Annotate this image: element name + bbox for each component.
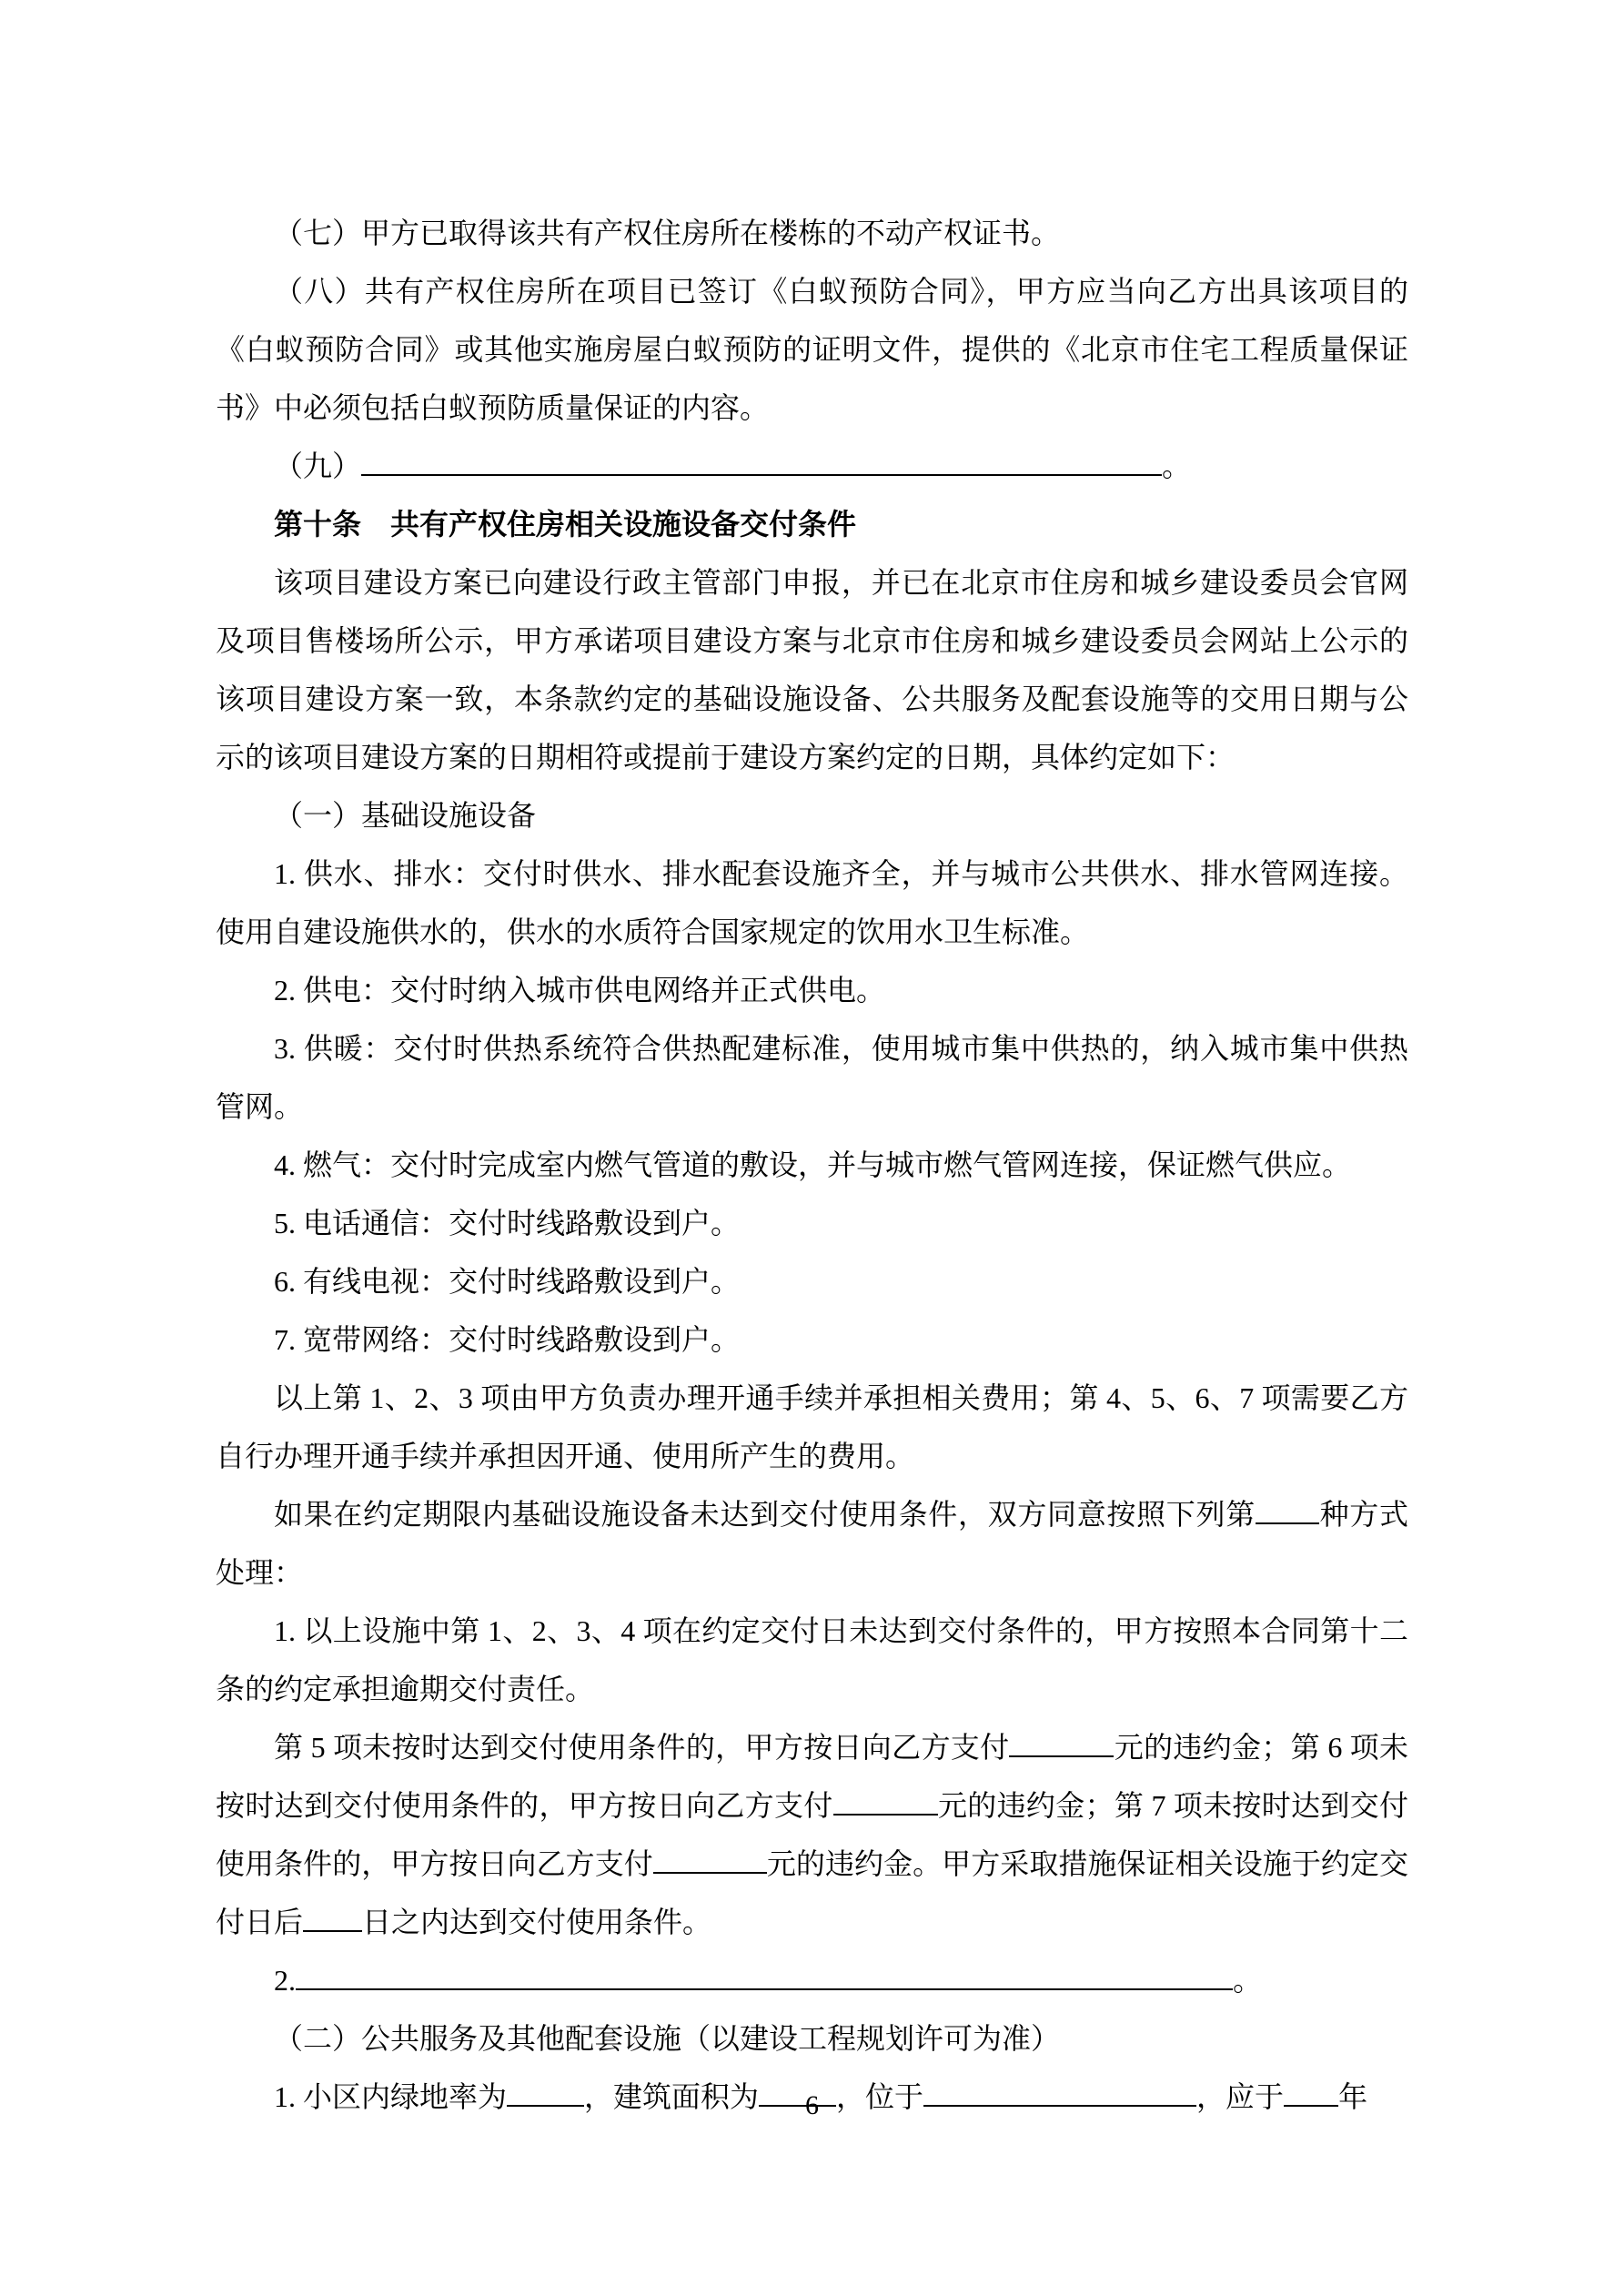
text-run: 。 (1233, 1964, 1262, 1997)
fees-note: 以上第 1、2、3 项由甲方负责办理开通手续并承担相关费用；第 4、5、6、7 … (216, 1369, 1408, 1485)
section-2-title: （二）公共服务及其他配套设施（以建设工程规划许可为准） (216, 2009, 1408, 2068)
infra-item-3: 3. 供暖：交付时供热系统符合供热配建标准，使用城市集中供热的，纳入城市集中供热… (216, 1019, 1408, 1136)
section-1-title: （一）基础设施设备 (216, 786, 1408, 845)
text-run: （二）公共服务及其他配套设施（以建设工程规划许可为准） (274, 2022, 1060, 2055)
article-10-intro: 该项目建设方案已向建设行政主管部门申报，并已在北京市住房和城乡建设委员会官网及项… (216, 553, 1408, 786)
clause-9: （九）。 (216, 437, 1408, 495)
infra-item-1: 1. 供水、排水：交付时供水、排水配套设施齐全，并与城市公共供水、排水管网连接。… (216, 845, 1408, 961)
infra-item-4: 4. 燃气：交付时完成室内燃气管道的敷设，并与城市燃气管网连接，保证燃气供应。 (216, 1136, 1408, 1194)
clause-7: （七）甲方已取得该共有产权住房所在楼栋的不动产权证书。 (216, 204, 1408, 262)
text-run: 第十条 共有产权住房相关设施设备交付条件 (274, 508, 856, 541)
text-run: 6. 有线电视：交付时线路敷设到户。 (274, 1265, 740, 1298)
fill-in-blank (653, 1843, 767, 1874)
fill-in-blank (1256, 1493, 1319, 1524)
text-run: 2. 供电：交付时纳入城市供电网络并正式供电。 (274, 974, 885, 1006)
text-run: 2. (274, 1964, 296, 1997)
text-run: 第 5 项未按时达到交付使用条件的，甲方按日向乙方支付 (274, 1731, 1009, 1764)
fill-in-blank (303, 1901, 362, 1932)
text-run: 3. 供暖：交付时供热系统符合供热配建标准，使用城市集中供热的，纳入城市集中供热… (216, 1032, 1408, 1123)
text-run: 1. 以上设施中第 1、2、3、4 项在约定交付日未达到交付条件的，甲方按照本合… (216, 1614, 1408, 1705)
text-run: 1. 供水、排水：交付时供水、排水配套设施齐全，并与城市公共供水、排水管网连接。… (216, 857, 1408, 948)
text-run: 以上第 1、2、3 项由甲方负责办理开通手续并承担相关费用；第 4、5、6、7 … (216, 1381, 1408, 1472)
text-run: 5. 电话通信：交付时线路敷设到户。 (274, 1207, 740, 1239)
remedy-option-2: 2.。 (216, 1951, 1408, 2009)
infra-item-5: 5. 电话通信：交付时线路敷设到户。 (216, 1194, 1408, 1252)
article-10-heading: 第十条 共有产权住房相关设施设备交付条件 (216, 495, 1408, 553)
text-run: 日之内达到交付使用条件。 (362, 1906, 711, 1938)
text-run: 7. 宽带网络：交付时线路敷设到户。 (274, 1323, 740, 1356)
text-run: （八）共有产权住房所在项目已签订《白蚁预防合同》，甲方应当向乙方出具该项目的《白… (216, 275, 1408, 424)
clause-8: （八）共有产权住房所在项目已签订《白蚁预防合同》，甲方应当向乙方出具该项目的《白… (216, 262, 1408, 437)
text-run: （七）甲方已取得该共有产权住房所在楼栋的不动产权证书。 (274, 217, 1060, 249)
text-run: 。 (1162, 450, 1191, 482)
text-run: 该项目建设方案已向建设行政主管部门申报，并已在北京市住房和城乡建设委员会官网及项… (216, 566, 1408, 774)
text-run: （一）基础设施设备 (274, 799, 536, 832)
fill-in-blank (361, 445, 1162, 476)
infra-item-7: 7. 宽带网络：交付时线路敷设到户。 (216, 1310, 1408, 1369)
text-run: 4. 燃气：交付时完成室内燃气管道的敷设，并与城市燃气管网连接，保证燃气供应。 (274, 1148, 1351, 1181)
text-run: 如果在约定期限内基础设施设备未达到交付使用条件，双方同意按照下列第 (274, 1498, 1256, 1531)
document-body: （七）甲方已取得该共有产权住房所在楼栋的不动产权证书。（八）共有产权住房所在项目… (216, 204, 1408, 2126)
page-number: 6 (0, 2088, 1624, 2124)
infra-item-2: 2. 供电：交付时纳入城市供电网络并正式供电。 (216, 961, 1408, 1019)
text-run: （九） (274, 450, 361, 482)
fill-in-blank (1009, 1726, 1114, 1757)
fill-in-blank (296, 1959, 1233, 1990)
remedy-choice: 如果在约定期限内基础设施设备未达到交付使用条件，双方同意按照下列第种方式处理： (216, 1485, 1408, 1602)
infra-item-6: 6. 有线电视：交付时线路敷设到户。 (216, 1252, 1408, 1310)
fill-in-blank (833, 1785, 938, 1816)
remedy-option-1: 1. 以上设施中第 1、2、3、4 项在约定交付日未达到交付条件的，甲方按照本合… (216, 1602, 1408, 1718)
penalty-terms: 第 5 项未按时达到交付使用条件的，甲方按日向乙方支付元的违约金；第 6 项未按… (216, 1718, 1408, 1951)
